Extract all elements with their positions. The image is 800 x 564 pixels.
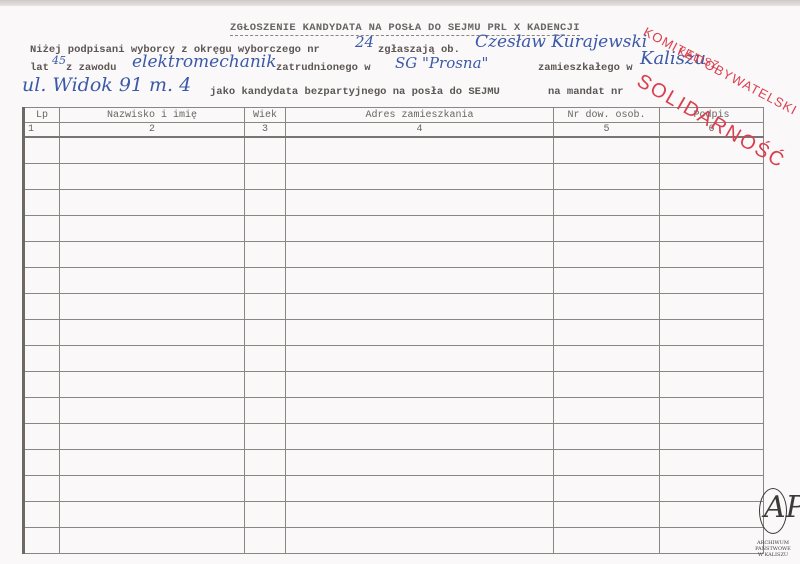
table-row bbox=[24, 268, 764, 294]
cell-lp[interactable] bbox=[24, 216, 60, 242]
cell-id[interactable] bbox=[554, 164, 660, 190]
header-lp: Lp bbox=[24, 108, 60, 123]
cell-name[interactable] bbox=[60, 424, 245, 450]
cell-signature[interactable] bbox=[660, 242, 764, 268]
cell-signature[interactable] bbox=[660, 372, 764, 398]
column-number: 3 bbox=[245, 123, 286, 138]
cell-address[interactable] bbox=[286, 320, 554, 346]
table-row bbox=[24, 424, 764, 450]
cell-signature[interactable] bbox=[660, 216, 764, 242]
cell-age[interactable] bbox=[245, 502, 286, 528]
cell-age[interactable] bbox=[245, 216, 286, 242]
cell-age[interactable] bbox=[245, 137, 286, 164]
cell-lp[interactable] bbox=[24, 450, 60, 476]
cell-age[interactable] bbox=[245, 398, 286, 424]
cell-signature[interactable] bbox=[660, 190, 764, 216]
cell-lp[interactable] bbox=[24, 190, 60, 216]
column-number: 2 bbox=[60, 123, 245, 138]
cell-lp[interactable] bbox=[24, 346, 60, 372]
cell-age[interactable] bbox=[245, 450, 286, 476]
table-row bbox=[24, 346, 764, 372]
cell-address[interactable] bbox=[286, 502, 554, 528]
cell-id[interactable] bbox=[554, 424, 660, 450]
archive-monogram-icon: AP bbox=[764, 490, 800, 525]
cell-age[interactable] bbox=[245, 372, 286, 398]
cell-name[interactable] bbox=[60, 268, 245, 294]
table-header-row: Lp Nazwisko i imię Wiek Adres zamieszkan… bbox=[24, 108, 764, 123]
cell-name[interactable] bbox=[60, 137, 245, 164]
cell-lp[interactable] bbox=[24, 164, 60, 190]
cell-name[interactable] bbox=[60, 190, 245, 216]
table-row bbox=[24, 372, 764, 398]
cell-lp[interactable] bbox=[24, 268, 60, 294]
candidate-age: 45 bbox=[52, 54, 66, 67]
table-row bbox=[24, 398, 764, 424]
age-label: lat bbox=[30, 62, 49, 74]
cell-signature[interactable] bbox=[660, 346, 764, 372]
header-id-number: Nr dow. osob. bbox=[554, 108, 660, 123]
cell-age[interactable] bbox=[245, 528, 286, 554]
cell-address[interactable] bbox=[286, 190, 554, 216]
cell-name[interactable] bbox=[60, 242, 245, 268]
header-age: Wiek bbox=[245, 108, 286, 123]
cell-id[interactable] bbox=[554, 502, 660, 528]
candidate-occupation: elektromechanik bbox=[132, 52, 277, 72]
cell-age[interactable] bbox=[245, 164, 286, 190]
cell-lp[interactable] bbox=[24, 528, 60, 554]
candidate-name: Czesław Kurajewski bbox=[475, 32, 647, 52]
cell-name[interactable] bbox=[60, 320, 245, 346]
cell-id[interactable] bbox=[554, 294, 660, 320]
cell-lp[interactable] bbox=[24, 294, 60, 320]
cell-id[interactable] bbox=[554, 190, 660, 216]
cell-address[interactable] bbox=[286, 346, 554, 372]
header-address: Adres zamieszkania bbox=[286, 108, 554, 123]
candidacy-text: jako kandydata bezpartyjnego na posła do… bbox=[210, 86, 500, 98]
cell-signature[interactable] bbox=[660, 320, 764, 346]
cell-signature[interactable] bbox=[660, 164, 764, 190]
cell-id[interactable] bbox=[554, 320, 660, 346]
cell-signature[interactable] bbox=[660, 294, 764, 320]
cell-lp[interactable] bbox=[24, 320, 60, 346]
cell-id[interactable] bbox=[554, 528, 660, 554]
cell-address[interactable] bbox=[286, 268, 554, 294]
cell-signature[interactable] bbox=[660, 450, 764, 476]
table-row bbox=[24, 502, 764, 528]
cell-age[interactable] bbox=[245, 242, 286, 268]
cell-id[interactable] bbox=[554, 372, 660, 398]
cell-signature[interactable] bbox=[660, 528, 764, 554]
header-name: Nazwisko i imię bbox=[60, 108, 245, 123]
cell-id[interactable] bbox=[554, 398, 660, 424]
cell-address[interactable] bbox=[286, 424, 554, 450]
cell-lp[interactable] bbox=[24, 502, 60, 528]
cell-name[interactable] bbox=[60, 476, 245, 502]
cell-signature[interactable] bbox=[660, 424, 764, 450]
cell-address[interactable] bbox=[286, 476, 554, 502]
candidate-address: ul. Widok 91 m. 4 bbox=[22, 74, 191, 96]
table-row bbox=[24, 450, 764, 476]
cell-id[interactable] bbox=[554, 242, 660, 268]
cell-id[interactable] bbox=[554, 268, 660, 294]
table-row bbox=[24, 320, 764, 346]
cell-signature[interactable] bbox=[660, 476, 764, 502]
cell-lp[interactable] bbox=[24, 476, 60, 502]
table-row bbox=[24, 476, 764, 502]
cell-lp[interactable] bbox=[24, 137, 60, 164]
cell-id[interactable] bbox=[554, 450, 660, 476]
cell-name[interactable] bbox=[60, 528, 245, 554]
cell-address[interactable] bbox=[286, 450, 554, 476]
residence-label: zamieszkałego w bbox=[538, 62, 633, 74]
cell-lp[interactable] bbox=[24, 398, 60, 424]
archive-caption: ARCHIWUM PAŃSTWOWE W KALISZU bbox=[752, 540, 794, 558]
cell-age[interactable] bbox=[245, 320, 286, 346]
cell-name[interactable] bbox=[60, 398, 245, 424]
column-number: 1 bbox=[24, 123, 60, 138]
cell-address[interactable] bbox=[286, 528, 554, 554]
archive-stamp: AP ARCHIWUM PAŃSTWOWE W KALISZU bbox=[752, 484, 794, 552]
cell-signature[interactable] bbox=[660, 398, 764, 424]
cell-name[interactable] bbox=[60, 164, 245, 190]
table-row bbox=[24, 216, 764, 242]
column-number: 4 bbox=[286, 123, 554, 138]
cell-id[interactable] bbox=[554, 216, 660, 242]
cell-lp[interactable] bbox=[24, 424, 60, 450]
cell-name[interactable] bbox=[60, 216, 245, 242]
district-number: 24 bbox=[355, 33, 374, 51]
cell-id[interactable] bbox=[554, 476, 660, 502]
table-row bbox=[24, 294, 764, 320]
cell-id[interactable] bbox=[554, 137, 660, 164]
table-row bbox=[24, 137, 764, 164]
mandate-label: na mandat nr bbox=[548, 86, 624, 98]
cell-name[interactable] bbox=[60, 502, 245, 528]
table-row bbox=[24, 242, 764, 268]
cell-signature[interactable] bbox=[660, 502, 764, 528]
cell-address[interactable] bbox=[286, 216, 554, 242]
table-row bbox=[24, 528, 764, 554]
signatures-table: Lp Nazwisko i imię Wiek Adres zamieszkan… bbox=[22, 107, 764, 554]
cell-address[interactable] bbox=[286, 137, 554, 164]
cell-signature[interactable] bbox=[660, 268, 764, 294]
cell-address[interactable] bbox=[286, 294, 554, 320]
cell-age[interactable] bbox=[245, 476, 286, 502]
cell-age[interactable] bbox=[245, 268, 286, 294]
cell-age[interactable] bbox=[245, 190, 286, 216]
cell-name[interactable] bbox=[60, 294, 245, 320]
cell-age[interactable] bbox=[245, 346, 286, 372]
cell-address[interactable] bbox=[286, 164, 554, 190]
cell-address[interactable] bbox=[286, 242, 554, 268]
cell-name[interactable] bbox=[60, 450, 245, 476]
cell-id[interactable] bbox=[554, 346, 660, 372]
cell-age[interactable] bbox=[245, 424, 286, 450]
cell-lp[interactable] bbox=[24, 372, 60, 398]
employed-label: zatrudnionego w bbox=[276, 62, 371, 74]
cell-lp[interactable] bbox=[24, 242, 60, 268]
cell-address[interactable] bbox=[286, 398, 554, 424]
table-row bbox=[24, 190, 764, 216]
cell-name[interactable] bbox=[60, 372, 245, 398]
cell-age[interactable] bbox=[245, 294, 286, 320]
table-row bbox=[24, 164, 764, 190]
column-number-row: 1 2 3 4 5 6 bbox=[24, 123, 764, 138]
cell-name[interactable] bbox=[60, 346, 245, 372]
cell-address[interactable] bbox=[286, 372, 554, 398]
candidate-employer: SG "Prosna" bbox=[395, 54, 488, 72]
occupation-label: z zawodu bbox=[66, 62, 116, 74]
column-number: 5 bbox=[554, 123, 660, 138]
